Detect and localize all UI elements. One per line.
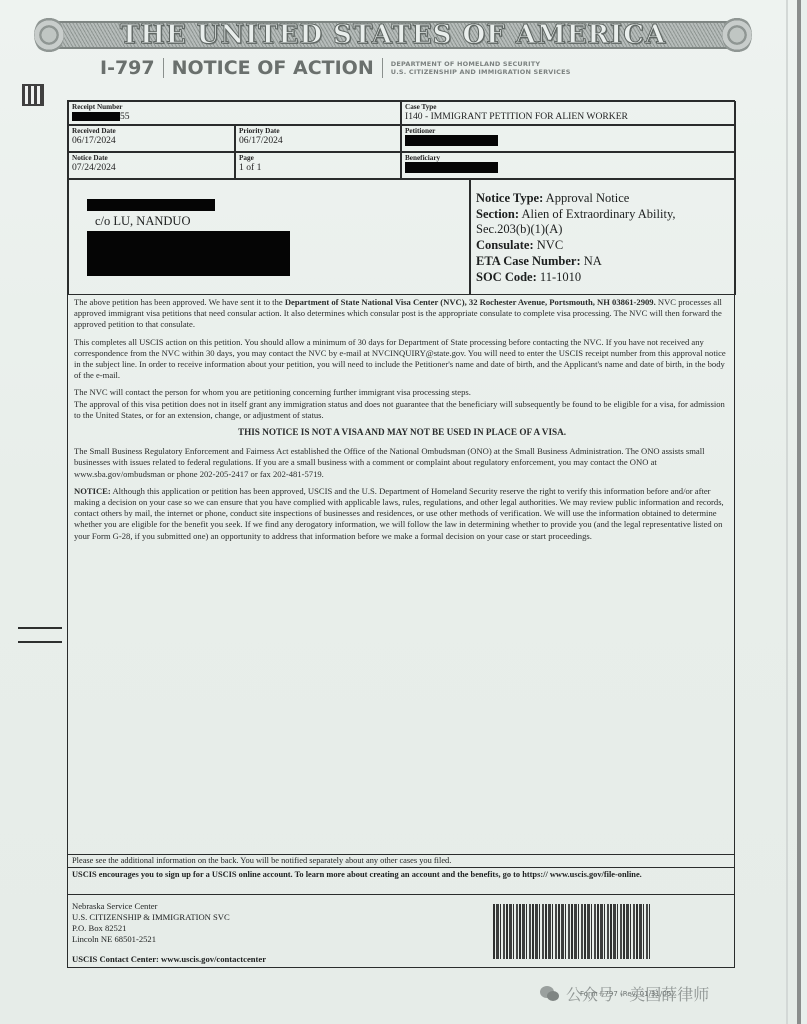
banner: THE UNITED STATES OF AMERICA [34,16,752,54]
page-edge [786,0,788,1024]
field-label: Case Type [402,102,735,111]
department-line: DEPARTMENT OF HOMELAND SECURITY [391,60,571,68]
paragraph-ombudsman: The Small Business Regulatory Enforcemen… [74,446,730,480]
field-label: Petitioner [402,126,735,135]
department-line: U.S. CITIZENSHIP AND IMMIGRATION SERVICE… [391,68,571,76]
priority-date-value: 06/17/2024 [236,135,400,146]
notice-type: Notice Type: Approval Notice [476,191,676,207]
soc-code: SOC Code: 11-1010 [476,270,676,286]
redaction [405,135,498,146]
banner-title: THE UNITED STATES OF AMERICA [120,20,666,50]
eta-case-number: ETA Case Number: NA [476,254,676,270]
section: Section: Alien of Extraordinary Ability, [476,207,676,223]
qr-code-icon [22,84,44,106]
notice-date-cell: Notice Date 07/24/2024 [68,152,235,179]
consulate: Consulate: NVC [476,238,676,254]
notice-body: The above petition has been approved. We… [74,297,730,548]
redaction [405,162,498,173]
field-label: Receipt Number [69,102,400,111]
field-label: Notice Date [69,153,234,162]
paragraph-nvc-contact: The NVC will contact the person for whom… [74,387,730,398]
paragraph-nvc: The above petition has been approved. We… [74,297,730,331]
barcode-icon [493,904,650,959]
case-type-value: I140 - IMMIGRANT PETITION FOR ALIEN WORK… [402,111,735,122]
beneficiary-cell: Beneficiary [401,152,736,179]
notice-info: Notice Type: Approval Notice Section: Al… [476,191,676,285]
contact-center: USCIS Contact Center: www.uscis.gov/cont… [72,954,266,964]
field-label: Received Date [69,126,234,135]
case-type-cell: Case Type I140 - IMMIGRANT PETITION FOR … [401,101,736,125]
receipt-number-cell: Receipt Number 55 [68,101,401,125]
section-code: Sec.203(b)(1)(A) [476,222,676,238]
visa-warning: THIS NOTICE IS NOT A VISA AND MAY NOT BE… [74,427,730,438]
form-title-row: I-797 NOTICE OF ACTION DEPARTMENT OF HOM… [100,57,571,79]
rosette-icon [34,16,64,54]
paragraph-completion: This completes all USCIS action on this … [74,337,730,382]
receipt-number-value: 55 [69,111,400,122]
page-cell: Page 1 of 1 [235,152,401,179]
mailing-address-cell: c/o LU, NANDUO [68,179,470,295]
address-line: Nebraska Service Center [72,901,230,912]
additional-info: Please see the additional information on… [68,854,734,867]
department: DEPARTMENT OF HOMELAND SECURITY U.S. CIT… [391,60,571,76]
redaction [87,199,215,211]
field-label: Page [236,153,400,162]
form-name: NOTICE OF ACTION [172,57,374,79]
notice-form: Receipt Number 55 Case Type I140 - IMMIG… [67,100,735,968]
redaction [72,112,120,121]
mailing-address: c/o LU, NANDUO [87,198,290,276]
return-address: Nebraska Service Center U.S. CITIZENSHIP… [72,901,230,945]
address-line: P.O. Box 82521 [72,923,230,934]
paragraph-approval-scope: The approval of this visa petition does … [74,399,730,421]
received-date-cell: Received Date 06/17/2024 [68,125,235,152]
care-of-name: c/o LU, NANDUO [87,214,290,229]
rosette-icon [722,16,752,54]
title-divider [382,58,383,78]
wechat-icon [540,986,560,1002]
form-revision: Form I-797 (Rev. 01/31/05) [580,990,674,998]
priority-date-cell: Priority Date 06/17/2024 [235,125,401,152]
address-line: U.S. CITIZENSHIP & IMMIGRATION SVC [72,912,230,923]
online-account-notice: USCIS encourages you to sign up for a US… [68,867,734,895]
received-date-value: 06/17/2024 [69,135,234,146]
form-id: I-797 [100,57,155,79]
notice-date-value: 07/24/2024 [69,162,234,173]
margin-marks [18,627,62,655]
petitioner-cell: Petitioner [401,125,736,152]
title-divider [163,58,164,78]
address-line: Lincoln NE 68501-2521 [72,934,230,945]
receipt-suffix: 55 [120,111,130,122]
notice-page: THE UNITED STATES OF AMERICA I-797 NOTIC… [0,0,801,1024]
redaction [87,231,290,276]
field-label: Beneficiary [402,153,735,162]
page-value: 1 of 1 [236,162,400,173]
paragraph-notice: NOTICE: Although this application or pet… [74,486,730,542]
field-label: Priority Date [236,126,400,135]
